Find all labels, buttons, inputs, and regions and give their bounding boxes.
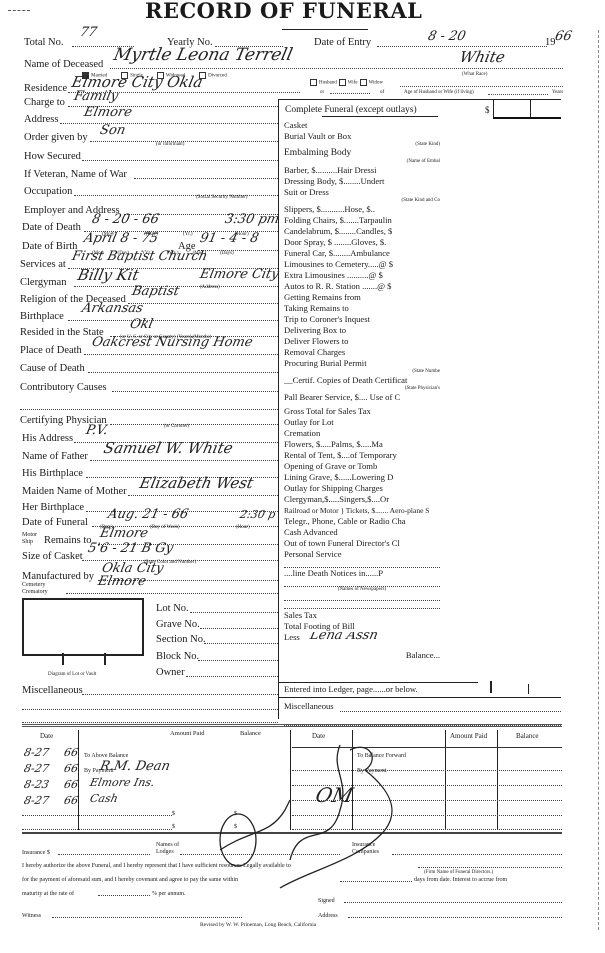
maturity-text-a: maturity at the rate of xyxy=(22,890,74,898)
cemetery-label: Cemetery Crematory xyxy=(22,582,48,596)
charge-item[interactable]: Procuring Burial Permit xyxy=(284,358,440,369)
clergyman-value: Billy Kit xyxy=(77,268,141,282)
her-birthplace-label: Her Birthplace xyxy=(22,501,84,514)
spouse-age-label: Age of Husband or Wife (if living) xyxy=(404,90,474,96)
charges-misc-label: Miscellaneous xyxy=(284,701,334,712)
residence-label: Residence xyxy=(24,82,67,95)
remains-label: Remains to xyxy=(44,534,92,547)
less-value: Lena Assn xyxy=(309,632,380,643)
caption-day-of-week: (Day of Week) xyxy=(150,525,180,531)
less-row: Less Lena Assn xyxy=(284,632,440,646)
contrib-label: Contributory Causes xyxy=(20,381,107,394)
charge-to-label: Charge to xyxy=(24,96,65,109)
ledger-row-date: 8-27 xyxy=(23,762,51,776)
ledger-right-date-header: Date xyxy=(312,732,325,740)
charge-item[interactable]: Dressing Body, $........Undert xyxy=(284,176,440,187)
cause-label: Cause of Death xyxy=(20,362,85,375)
charge-item[interactable]: Gross Total for Sales Tax xyxy=(284,406,440,417)
witness-label: Witness xyxy=(22,912,41,920)
charge-item[interactable]: Delivering Box to xyxy=(284,325,440,336)
charge-to-value: Family xyxy=(73,90,120,104)
owner-field[interactable] xyxy=(186,667,278,677)
clergyman-label: Clergyman xyxy=(20,276,66,289)
cemetery-value: Elmore xyxy=(97,575,148,589)
grave-no-field[interactable] xyxy=(200,619,278,629)
physician-field[interactable] xyxy=(110,415,278,425)
date-birth-label: Date of Birth xyxy=(22,240,77,253)
signed-field[interactable] xyxy=(344,897,562,903)
ledger-row-date: 8-27 xyxy=(23,794,51,808)
charge-item[interactable]: Burial Vault or Box xyxy=(284,131,440,142)
misc-label: Miscellaneous xyxy=(22,684,83,697)
charge-item[interactable]: Embalming Body xyxy=(284,148,440,159)
footer-address-label: Address xyxy=(318,912,338,920)
remains-value: Elmore xyxy=(99,527,150,541)
balance-label: Balance... xyxy=(284,650,440,661)
newspaper-line-2[interactable] xyxy=(284,593,440,601)
section-no-label: Section No. xyxy=(156,633,206,646)
ledger-blank-row[interactable] xyxy=(22,824,172,830)
lodges-label: Names of Lodges xyxy=(156,842,179,856)
diagram-notch-left xyxy=(62,653,64,665)
charge-item[interactable]: Cash Advanced xyxy=(284,527,440,538)
date-entry-label: Date of Entry xyxy=(314,36,371,49)
charge-item[interactable]: Suit or Dress xyxy=(284,187,440,198)
charge-item[interactable]: Taking Remains to xyxy=(284,303,440,314)
charges-dollar: $ xyxy=(485,104,490,117)
lot-diagram xyxy=(22,598,144,656)
grave-no-label: Grave No. xyxy=(156,618,200,631)
total-no-value: 77 xyxy=(79,26,99,40)
ledger-date-header: Date xyxy=(40,732,53,740)
ssn-caption: (Social Security Number) xyxy=(196,195,247,201)
charge-item[interactable]: Casket xyxy=(284,120,440,131)
checkbox-husband[interactable]: Husband xyxy=(310,79,337,87)
ledger-row-date: 8-23 xyxy=(23,778,51,792)
days-field[interactable] xyxy=(340,876,412,882)
newspaper-line-3[interactable] xyxy=(284,601,440,609)
charge-item[interactable]: Outlay for Shipping Charges xyxy=(284,483,440,494)
caption-yr: (Yr.) xyxy=(183,232,193,238)
section-no-field[interactable] xyxy=(204,634,278,644)
charge-item[interactable]: Out of town Funeral Director's Cl xyxy=(284,538,440,549)
ledger-row-year: 66 xyxy=(63,778,80,792)
charge-item[interactable]: Pall Bearer Service, $.... Use of C xyxy=(284,392,440,403)
charge-item[interactable]: Railroad or Motor } Tickets, $....... Ae… xyxy=(284,505,440,516)
occupation-field[interactable] xyxy=(74,186,278,196)
checkbox-wife[interactable]: Wife xyxy=(339,79,358,87)
lot-no-label: Lot No. xyxy=(156,602,189,615)
charge-item[interactable]: Barber, $..........Hair Dressi xyxy=(284,165,440,176)
order-given-value: Son xyxy=(99,124,127,138)
religion-value: Baptist xyxy=(131,285,181,299)
father-label: Name of Father xyxy=(22,450,88,463)
newspaper-line[interactable] xyxy=(284,579,440,587)
charge-item[interactable]: Trip to Coroner's Inquest xyxy=(284,314,440,325)
ledger-row-year: 66 xyxy=(63,794,80,808)
charge-item[interactable]: Folding Chairs, $.......Tarpaulin xyxy=(284,215,440,226)
scan-edge xyxy=(598,30,599,930)
companies-label: Insurance Companies xyxy=(352,842,379,856)
spouse-or: or xyxy=(320,90,324,96)
charge-item[interactable]: Clergyman,$.....Singers,$....Or xyxy=(284,494,440,505)
payment-text-b: days from date. Interest to accrue from xyxy=(414,876,507,884)
services-label: Services at xyxy=(20,258,66,271)
ledger-row-payer: R.M. Dean xyxy=(99,760,172,774)
charge-item[interactable]: Cremation xyxy=(284,428,440,439)
ledger-blank-row[interactable] xyxy=(22,810,172,816)
charge-item[interactable]: Deliver Flowers to xyxy=(284,336,440,347)
owner-label: Owner xyxy=(156,666,185,679)
maturity-text-b: % per annum. xyxy=(152,890,186,898)
ledger-bottom-rule xyxy=(278,697,561,698)
charges-list: Casket Burial Vault or Box (State Kind) … xyxy=(284,120,440,661)
his-address-value: P.V. xyxy=(85,424,109,438)
funeral-date-value: Aug. 21 - 66 xyxy=(107,508,190,522)
order-given-label: Order given by xyxy=(24,131,88,144)
address-label: Address xyxy=(24,113,58,126)
total-no-label: Total No. xyxy=(24,36,64,49)
charge-item[interactable]: Lining Grave, $......Lowering D xyxy=(284,472,440,483)
charge-item[interactable]: Telegr., Phone, Cable or Radio Cha xyxy=(284,516,440,527)
services-value: First Baptist Church xyxy=(71,250,209,264)
place-death-label: Place of Death xyxy=(20,344,82,357)
firm-name-field[interactable] xyxy=(418,862,562,868)
cause-field[interactable] xyxy=(88,363,278,373)
total-footing-label: Total Footing of Bill xyxy=(284,621,440,632)
charge-item[interactable]: Removal Charges xyxy=(284,347,440,358)
father-value: Samuel W. White xyxy=(103,441,235,455)
charge-item[interactable]: Autos to R. R. Station .......@ $ xyxy=(284,281,440,292)
charges-left-border xyxy=(278,99,279,719)
amount-col-mid xyxy=(530,99,531,119)
ledger-top-rule xyxy=(278,682,478,683)
charge-item[interactable]: __Certif. Copies of Death Certificat xyxy=(284,375,440,386)
spouse-field[interactable] xyxy=(400,86,563,87)
witness-field[interactable] xyxy=(52,912,242,918)
veteran-field[interactable] xyxy=(134,169,278,179)
companies-field[interactable] xyxy=(392,849,562,855)
misc-field-2[interactable] xyxy=(22,700,278,710)
residence-value: Elmore City Okla xyxy=(71,75,204,89)
charge-item[interactable]: Funeral Car, $........Ambulance xyxy=(284,248,440,259)
charge-item[interactable]: ....line Death Notices in......P xyxy=(284,568,440,579)
margin-mark xyxy=(8,10,30,11)
date-death-label: Date of Death xyxy=(22,221,81,234)
charge-item[interactable]: Outlay for Lot xyxy=(284,417,440,428)
section-separator xyxy=(22,724,562,727)
sales-tax-label: Sales Tax xyxy=(284,610,440,621)
race-value: White xyxy=(459,50,507,64)
order-given-caption: (or informant) xyxy=(156,142,184,148)
charge-item[interactable]: Flowers, $.....Palms, $.....Ma xyxy=(284,439,440,450)
ledger-tick-2 xyxy=(528,684,529,694)
lodges-field[interactable] xyxy=(180,849,340,855)
charge-item[interactable]: Personal Service xyxy=(284,549,440,560)
his-birthplace-label: His Birthplace xyxy=(22,467,83,480)
lot-no-field[interactable] xyxy=(190,603,278,613)
name-value: Myrtle Leona Terrell xyxy=(113,48,294,62)
veteran-label: If Veteran, Name of War xyxy=(24,168,127,181)
date-death-hour: 3:30 pm xyxy=(224,213,281,227)
charges-header-underline xyxy=(322,116,438,117)
charges-top-border xyxy=(278,99,561,100)
charge-item[interactable]: Rental of Tent, $....of Temporary xyxy=(284,450,440,461)
ledger-tick xyxy=(490,681,492,693)
amount-total-line xyxy=(493,117,561,119)
motor-ship-label: Motor Ship xyxy=(22,532,37,546)
authorize-text: I hereby authorize the above Funeral, an… xyxy=(22,862,291,870)
charge-item[interactable]: Door Spray, $ ........Gloves, $. xyxy=(284,237,440,248)
name-label: Name of Deceased xyxy=(24,58,103,71)
contrib-field[interactable] xyxy=(112,382,278,392)
charge-item[interactable]: Candelabrum, $........Candles, $ xyxy=(284,226,440,237)
amount-col-left xyxy=(493,99,494,119)
diagram-notch-right xyxy=(104,653,106,665)
signed-label: Signed xyxy=(318,897,335,905)
block-no-field[interactable] xyxy=(198,651,278,661)
ledger-row-year: 66 xyxy=(63,746,80,760)
occupation-label: Occupation xyxy=(24,185,72,198)
address-value: Elmore xyxy=(83,106,134,120)
clergyman-address-value: Elmore City xyxy=(199,268,280,282)
age-value: 91 - 4 - 8 xyxy=(199,232,260,246)
mother-value: Elizabeth West xyxy=(139,476,255,490)
spouse-years: Years xyxy=(552,90,563,96)
casket-label: Size of Casket xyxy=(22,550,83,563)
block-no-label: Block No. xyxy=(156,650,199,663)
charge-item[interactable]: Limousines to Cemetery.....@ $ xyxy=(284,259,440,270)
date-entry-value: 8 - 20 xyxy=(427,30,467,44)
ledger-right-amount-header: Amount Paid xyxy=(450,732,487,740)
race-caption: (What Race) xyxy=(462,72,487,78)
footer-address-field[interactable] xyxy=(348,912,562,918)
ledger-right-balance-header: Balance xyxy=(516,732,539,740)
charge-item[interactable]: Slippers, $...........Hose, $.. xyxy=(284,204,440,215)
place-death-value: Oakcrest Nursing Home xyxy=(91,336,254,350)
misc-field-3[interactable] xyxy=(22,713,278,723)
mother-label: Maiden Name of Mother xyxy=(22,485,127,498)
ledger-entry-label: Entered into Ledger, page......or below. xyxy=(284,684,418,695)
date-birth-value: April 8 - 75 xyxy=(83,232,160,246)
ledger-balance-header: Balance xyxy=(240,730,261,738)
clergyman-caption: (Address) xyxy=(200,285,220,291)
payment-text-a: for the payment of aforesaid sum, and I … xyxy=(22,876,238,884)
diagram-caption: Diagram of Lot or Vault xyxy=(48,672,96,678)
charge-item[interactable]: Getting Remains from xyxy=(284,292,440,303)
resided-label: Resided in the State xyxy=(20,326,104,339)
birthplace-label: Birthplace xyxy=(20,310,64,323)
spouse-name-field[interactable] xyxy=(330,93,370,94)
form-title: RECORD OF FUNERAL xyxy=(145,0,422,22)
insurance-field[interactable] xyxy=(58,849,150,855)
contrib-field-2[interactable] xyxy=(20,400,278,410)
spouse-age-field[interactable] xyxy=(488,94,548,95)
revised-by: Revised by W. W. Prineman, Long Beach, C… xyxy=(200,922,316,928)
birthplace-value: Arkansas xyxy=(81,302,145,316)
charges-misc-field[interactable] xyxy=(340,702,561,712)
year-value: 66 xyxy=(554,30,574,44)
how-secured-field[interactable] xyxy=(82,151,278,161)
ledger-amount-header: Amount Paid xyxy=(170,730,205,738)
caption-hour: (Hour) xyxy=(236,525,250,531)
charge-item[interactable]: Opening of Grave or Tomb xyxy=(284,461,440,472)
spouse-of: of xyxy=(380,90,384,96)
charge-item[interactable]: Extra Limousines ..........@ $ xyxy=(284,270,440,281)
funeral-date-label: Date of Funeral xyxy=(22,516,88,529)
ledger-dollar: $ xyxy=(172,810,175,818)
checkbox-widow[interactable]: Widow xyxy=(360,79,384,87)
misc-field[interactable] xyxy=(82,685,278,695)
rate-field[interactable] xyxy=(98,890,150,896)
less-label: Less xyxy=(284,632,300,642)
ledger-row-payer: Cash xyxy=(89,792,120,806)
funeral-hour-value: 2:30 p xyxy=(239,508,277,522)
physician-caption: (or Coroner) xyxy=(164,424,189,430)
ledger-row-payer: Elmore Ins. xyxy=(89,776,156,790)
his-address-label: His Address xyxy=(22,432,73,445)
resided-value: Okl xyxy=(129,318,155,332)
ledger-row-year: 66 xyxy=(63,762,80,776)
ledger-row-date: 8-27 xyxy=(23,746,51,760)
insurance-label: Insurance $ xyxy=(22,849,50,857)
ledger-dollar: $ xyxy=(172,823,175,831)
charge-blank-line[interactable] xyxy=(284,560,440,568)
spouse-checkboxes: Husband Wife Widow xyxy=(310,79,383,87)
how-secured-label: How Secured xyxy=(24,150,81,163)
casket-value: 5'6 - 21 B Gy xyxy=(87,542,175,556)
title-underline xyxy=(282,29,368,30)
date-death-value: 8 - 20 - 66 xyxy=(91,213,161,227)
